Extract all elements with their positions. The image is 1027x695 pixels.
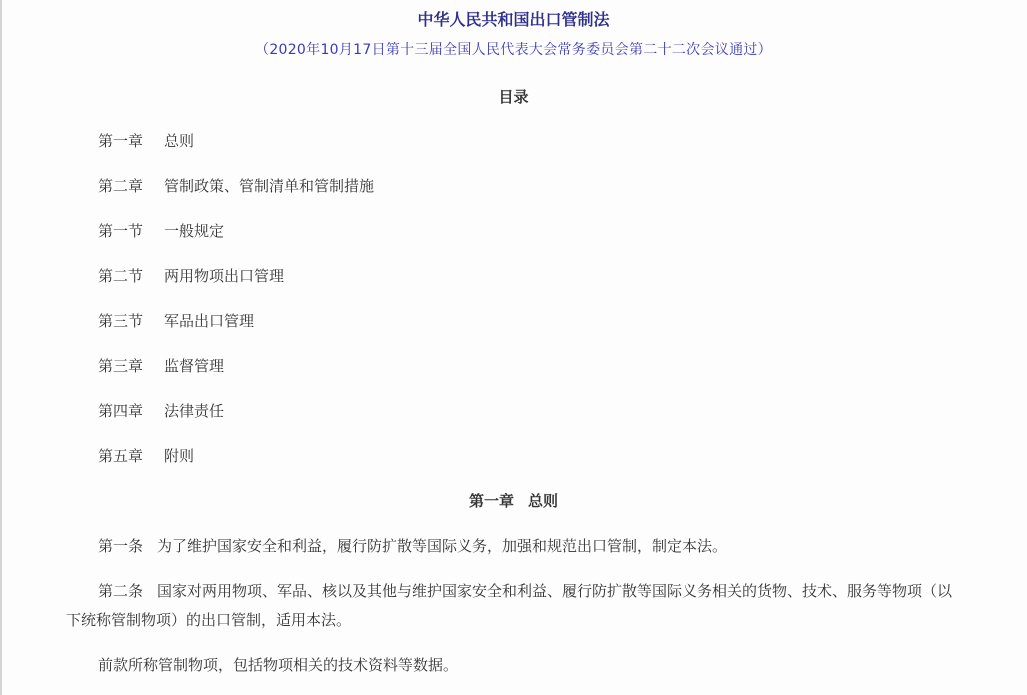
toc-heading: 目录 <box>0 86 1027 108</box>
toc-item-label: 军品出口管理 <box>164 312 254 330</box>
toc-item-label: 法律责任 <box>164 402 224 420</box>
toc-item-label: 管制政策、管制清单和管制措施 <box>164 177 374 195</box>
toc-item: 第二章管制政策、管制清单和管制措施 <box>98 175 374 197</box>
toc-item-label: 监督管理 <box>164 357 224 375</box>
toc-item-label: 两用物项出口管理 <box>164 267 284 285</box>
toc-item-number: 第四章 <box>98 400 164 422</box>
toc-item-number: 第五章 <box>98 445 164 467</box>
toc-item-label: 总则 <box>164 132 194 150</box>
article-number: 第一条 <box>98 532 143 561</box>
article-paragraph: 第二条国家对两用物项、军品、核以及其他与维护国家安全和利益、履行防扩散等国际义务… <box>66 577 956 635</box>
toc-item: 第三节军品出口管理 <box>98 310 254 332</box>
toc-item: 第一章总则 <box>98 130 194 152</box>
toc-item-number: 第三章 <box>98 355 164 377</box>
document-title: 中华人民共和国出口管制法 <box>0 9 1027 31</box>
toc-item: 第五章附则 <box>98 445 194 467</box>
toc-item-number: 第三节 <box>98 310 164 332</box>
toc-item-label: 一般规定 <box>164 222 224 240</box>
article-text: 国家对两用物项、军品、核以及其他与维护国家安全和利益、履行防扩散等国际义务相关的… <box>66 582 952 629</box>
toc-item-number: 第一节 <box>98 220 164 242</box>
toc-item-number: 第一章 <box>98 130 164 152</box>
article-paragraph: 前款所称管制物项，包括物项相关的技术资料等数据。 <box>66 651 956 680</box>
toc-item: 第三章监督管理 <box>98 355 224 377</box>
toc-item: 第四章法律责任 <box>98 400 224 422</box>
article-text: 为了维护国家安全和利益，履行防扩散等国际义务，加强和规范出口管制，制定本法。 <box>157 537 727 555</box>
toc-item-number: 第二章 <box>98 175 164 197</box>
toc-item: 第二节两用物项出口管理 <box>98 265 284 287</box>
toc-item-label: 附则 <box>164 447 194 465</box>
article-number: 第二条 <box>98 577 143 606</box>
chapter-number: 第一章 <box>469 492 514 510</box>
article-text: 前款所称管制物项，包括物项相关的技术资料等数据。 <box>98 656 458 674</box>
chapter-heading: 第一章总则 <box>0 490 1027 512</box>
chapter-title: 总则 <box>528 492 558 510</box>
article-paragraph: 第一条为了维护国家安全和利益，履行防扩散等国际义务，加强和规范出口管制，制定本法… <box>66 532 956 561</box>
document-subtitle: （2020年10月17日第十三届全国人民代表大会常务委员会第二十二次会议通过） <box>0 40 1027 60</box>
toc-item-number: 第二节 <box>98 265 164 287</box>
toc-item: 第一节一般规定 <box>98 220 224 242</box>
